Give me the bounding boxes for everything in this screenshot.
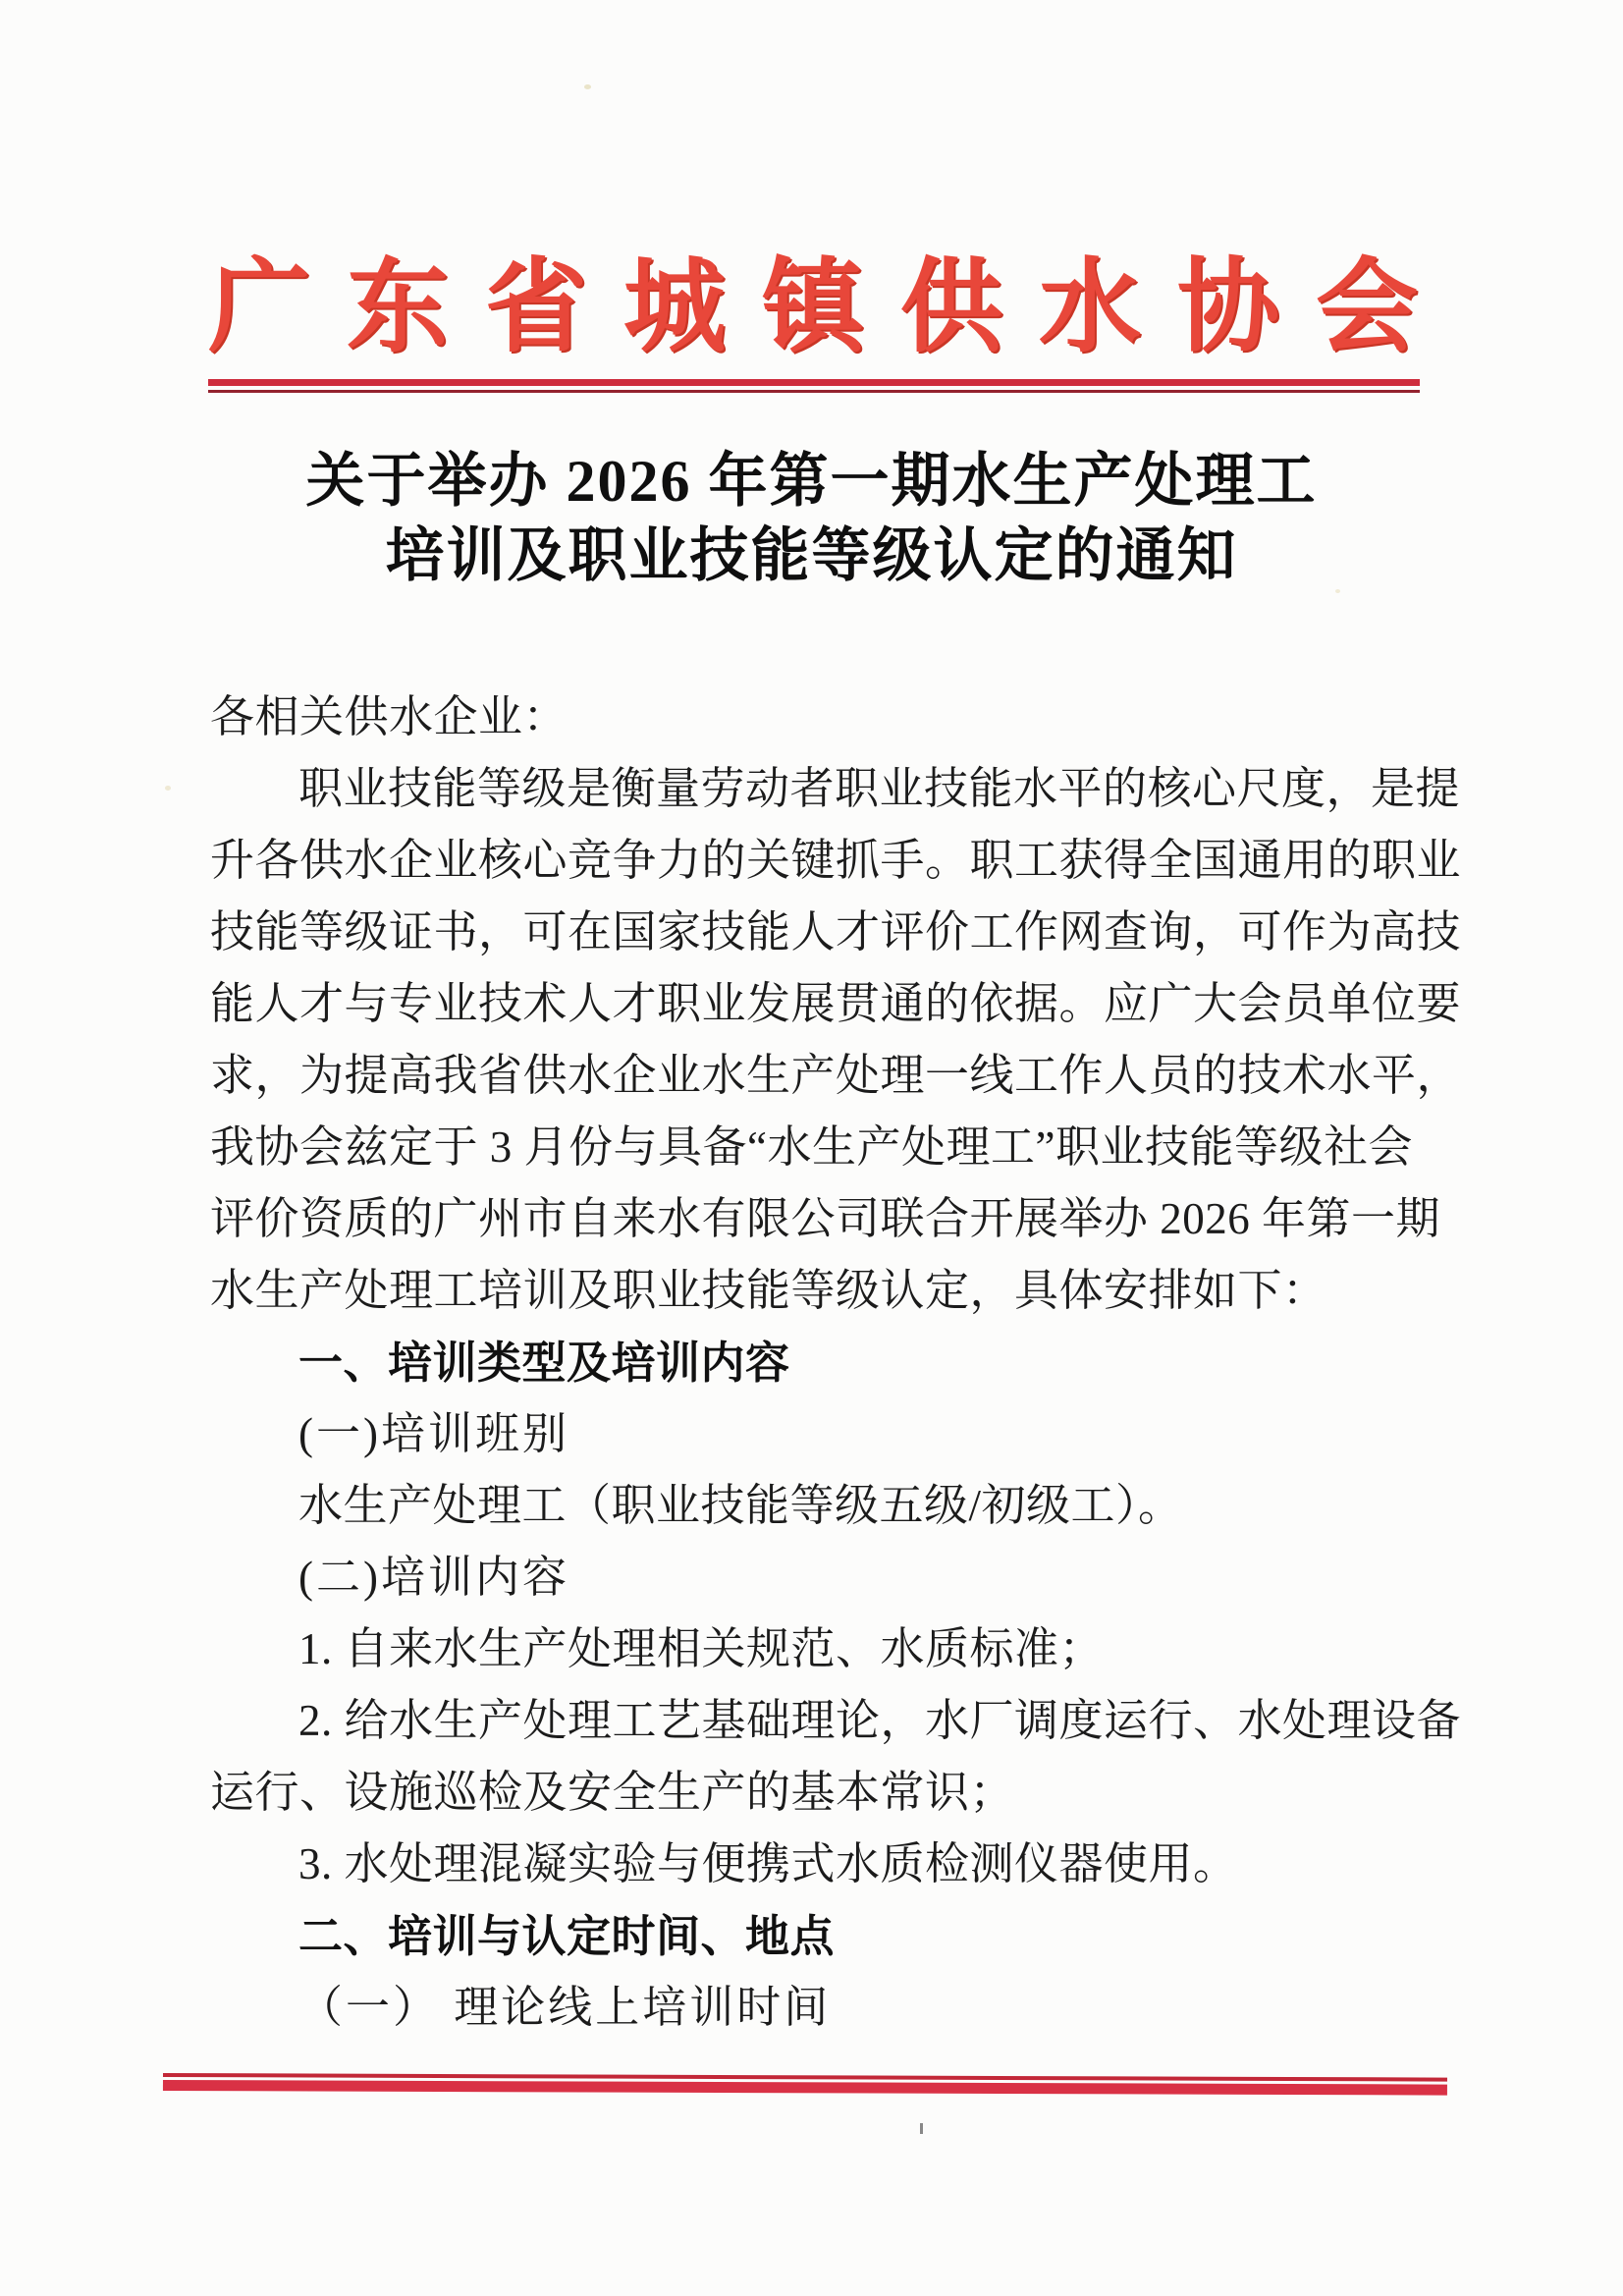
subsection-heading-1-2: (二)培训内容 <box>210 1542 1449 1613</box>
paragraph-line: 能人才与专业技术人才职业发展贯通的依据。应广大会员单位要 <box>210 968 1449 1040</box>
list-item-1: 1. 自来水生产处理相关规范、水质标准； <box>210 1613 1449 1685</box>
document-title-line1: 关于举办 2026 年第一期水生产处理工 <box>0 444 1623 519</box>
paragraph-line: 求，为提高我省供水企业水生产处理一线工作人员的技术水平， <box>210 1040 1449 1112</box>
paragraph-line: 我协会兹定于 3 月份与具备“水生产处理工”职业技能等级社会 <box>210 1112 1449 1183</box>
paragraph-line: 职业技能等级是衡量劳动者职业技能水平的核心尺度，是提 <box>210 753 1449 825</box>
section-heading-2: 二、培训与认定时间、地点 <box>210 1900 1449 1972</box>
footer-rule <box>163 2072 1447 2097</box>
scan-speck <box>584 84 591 89</box>
letterhead-rule-thick <box>208 379 1420 386</box>
scan-artifact <box>920 2123 923 2134</box>
letterhead-rule-thin <box>208 390 1420 393</box>
scanned-notice-page: 广东省城镇供水协会 关于举办 2026 年第一期水生产处理工 培训及职业技能等级… <box>0 0 1623 2296</box>
association-name: 广东省城镇供水协会 <box>208 251 1454 369</box>
subsection-heading-2-1: （一） 理论线上培训时间 <box>210 1972 1449 2044</box>
scan-speck <box>165 786 171 791</box>
list-item-2: 2. 给水生产处理工艺基础理论，水厂调度运行、水处理设备 <box>210 1685 1449 1757</box>
paragraph-line: 水生产处理工培训及职业技能等级认定，具体安排如下： <box>210 1255 1449 1327</box>
list-item-2-continuation: 运行、设施巡检及安全生产的基本常识； <box>210 1757 1449 1829</box>
notice-body: 各相关供水企业： 职业技能等级是衡量劳动者职业技能水平的核心尺度，是提 升各供水… <box>210 682 1449 2044</box>
document-title: 关于举办 2026 年第一期水生产处理工 培训及职业技能等级认定的通知 <box>0 444 1623 593</box>
salutation: 各相关供水企业： <box>210 682 1449 753</box>
paragraph-line: 评价资质的广州市自来水有限公司联合开展举办 2026 年第一期 <box>210 1183 1449 1255</box>
subsection-heading-1-1: (一)培训班别 <box>210 1398 1449 1470</box>
paragraph-line: 升各供水企业核心竞争力的关键抓手。职工获得全国通用的职业 <box>210 825 1449 897</box>
document-title-line2: 培训及职业技能等级认定的通知 <box>0 519 1623 593</box>
paragraph-line: 技能等级证书，可在国家技能人才评价工作网查询，可作为高技 <box>210 897 1449 968</box>
paragraph-line: 水生产处理工（职业技能等级五级/初级工）。 <box>210 1470 1449 1542</box>
section-heading-1: 一、培训类型及培训内容 <box>210 1327 1449 1398</box>
list-item-3: 3. 水处理混凝实验与便携式水质检测仪器使用。 <box>210 1829 1449 1900</box>
footer-rule-thick <box>163 2080 1447 2096</box>
